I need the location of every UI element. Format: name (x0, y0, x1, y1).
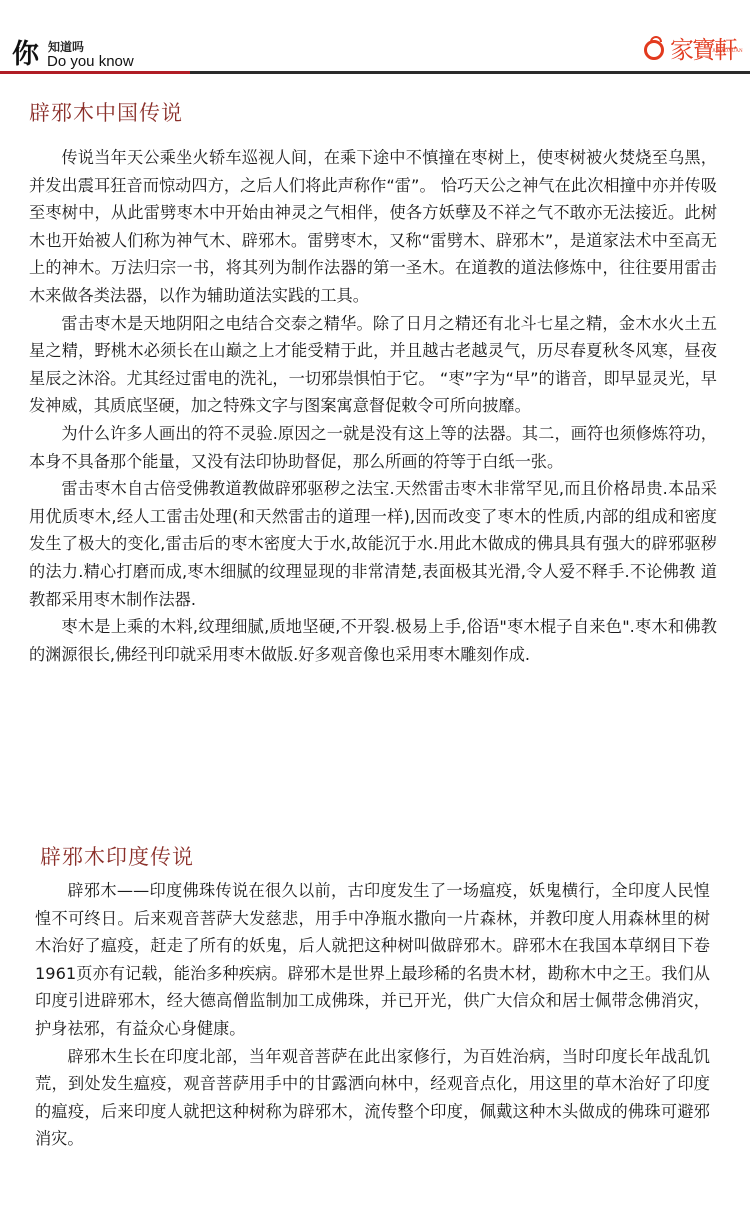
logo-ring-icon (644, 40, 664, 60)
brand-char: 你 (12, 40, 38, 70)
logo-text: 家寶軒 JUBAOXUAN (670, 35, 736, 65)
header-banner: 你 知道吗 Do you know 家寶軒 JUBAOXUAN (0, 0, 750, 76)
paragraph: 传说当年天公乘坐火轿车巡视人间，在乘下途中不慎撞在枣树上，使枣树被火焚烧至乌黑，… (29, 144, 717, 310)
brand-en-label: Do you know (47, 53, 134, 70)
paragraph: 为什么许多人画出的符不灵验.原因之一就是没有这上等的法器。其二，画符也须修炼符功… (29, 420, 717, 475)
paragraph: 辟邪木生长在印度北部，当年观音菩萨在此出家修行，为百姓治病，当时印度长年战乱饥荒… (35, 1043, 710, 1153)
paragraph: 枣木是上乘的木料,纹理细腻,质地坚硬,不开裂.极易上手,俗语"枣木棍子自来色".… (29, 613, 717, 668)
header-rule-dark (190, 71, 750, 74)
section-body-china: 传说当年天公乘坐火轿车巡视人间，在乘下途中不慎撞在枣树上，使枣树被火焚烧至乌黑，… (29, 144, 717, 668)
section-title-india: 辟邪木印度传说 (40, 844, 194, 870)
paragraph: 辟邪木——印度佛珠传说在很久以前，古印度发生了一场瘟疫，妖鬼横行，全印度人民惶惶… (35, 877, 710, 1043)
paragraph: 雷击枣木自古倍受佛教道教做辟邪驱秽之法宝.天然雷击枣木非常罕见,而且价格昂贵.本… (29, 475, 717, 613)
section-title-china: 辟邪木中国传说 (29, 100, 183, 126)
brand-zh-label: 知道吗 (48, 40, 84, 54)
store-logo: 家寶軒 JUBAOXUAN (644, 32, 736, 68)
section-body-india: 辟邪木——印度佛珠传说在很久以前，古印度发生了一场瘟疫，妖鬼横行，全印度人民惶惶… (35, 877, 710, 1153)
paragraph: 雷击枣木是天地阴阳之电结合交泰之精华。除了日月之精还有北斗七星之精，金木水火土五… (29, 310, 717, 420)
logo-subtitle: JUBAOXUAN (712, 37, 743, 67)
header-rule-red (0, 71, 190, 74)
